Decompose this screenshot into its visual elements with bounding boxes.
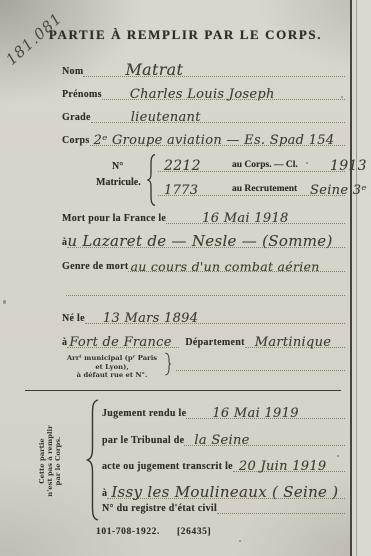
- grade-value: lieutenant: [131, 110, 201, 125]
- closing-brace-icon: [164, 352, 172, 376]
- field-row-corps: Corps 2ᵉ Groupe aviation — Es. Spad 154: [62, 130, 345, 146]
- continuation-line: [66, 279, 345, 296]
- binding-line: [350, 0, 352, 556]
- matricule-corps-label: au Corps. — Cl.: [232, 160, 298, 170]
- matricule-recrutement-label: au Recrutement: [232, 184, 297, 194]
- field-row-nom: Nom Matrat: [62, 61, 345, 77]
- tribunal-label: par le Tribunal de: [102, 435, 184, 446]
- corps-line: 2ᵉ Groupe aviation — Es. Spad 154: [90, 129, 345, 146]
- corps-value: 2ᵉ Groupe aviation — Es. Spad 154: [94, 133, 335, 148]
- field-row-transcrit: acte ou jugement transcrit le 20 Juin 19…: [102, 456, 345, 472]
- jugement-rendu-line: 16 Mai 1919: [186, 402, 345, 419]
- tribunal-line: la Seine: [184, 429, 345, 446]
- form-title: PARTIE À REMPLIR PAR LE CORPS.: [40, 27, 331, 43]
- field-row-genre-mort: Genre de mort au cours d'un combat aérie…: [62, 256, 345, 272]
- section-divider-rule: [25, 390, 341, 391]
- field-row-ne-le: Né le 13 Mars 1894: [62, 308, 345, 324]
- arrondissement-label-line2: à défaut rue et N°.: [62, 371, 162, 380]
- field-row-tribunal: par le Tribunal de la Seine: [102, 430, 345, 446]
- jugement-curly-brace-icon: [86, 398, 100, 522]
- nom-line: Matrat: [83, 60, 345, 77]
- genre-mort-label: Genre de mort: [62, 261, 128, 272]
- ne-line: 13 Mars 1894: [85, 307, 345, 324]
- departement-line: Martinique: [245, 331, 345, 348]
- field-row-birthplace: à Fort de France Département Martinique: [62, 332, 345, 348]
- ne-lieu-line: Fort de France: [67, 331, 179, 348]
- transcrit-value: 20 Juin 1919: [239, 459, 327, 474]
- ne-value: 13 Mars 1894: [103, 311, 198, 326]
- nom-label: Nom: [62, 66, 83, 77]
- grade-line: lieutenant: [91, 106, 345, 123]
- genre-mort-line: au cours d'un combat aérien: [128, 255, 345, 272]
- paper-speck: [239, 540, 241, 542]
- side-note-line3: par le Corps.: [54, 425, 62, 496]
- genre-mort-value: au cours d'un combat aérien: [130, 259, 319, 274]
- scanned-form-page: 181.081 PARTIE À REMPLIR PAR LE CORPS. N…: [0, 0, 371, 556]
- paper-speck: [3, 300, 6, 304]
- field-row-lieu-mort: à u Lazaret de — Nesle — (Somme): [62, 230, 345, 248]
- field-row-jugement-rendu: Jugement rendu le 16 Mai 1919: [102, 403, 345, 419]
- matricule-block: N° Matricule. 2212 au Corps. — Cl. 1913 …: [96, 152, 345, 208]
- matricule-recrutement-place: Seine 3ᵉ Beau: [310, 183, 371, 198]
- registre-line: [217, 497, 345, 514]
- field-row-arrondissement: Arrᵗ municipal (pʳ Paris et Lyon), à déf…: [62, 352, 345, 373]
- footer-code: 101-708-1922.: [96, 527, 160, 537]
- paper-speck: [341, 96, 343, 98]
- paper-speck: [306, 162, 308, 164]
- jugement-rendu-label: Jugement rendu le: [102, 408, 186, 419]
- prenoms-line: Charles Louis Joseph: [102, 83, 345, 100]
- paper-speck: [337, 455, 339, 457]
- curly-brace-icon: [146, 153, 156, 207]
- ne-label: Né le: [62, 313, 85, 324]
- matricule-recrutement-value: 1773: [164, 183, 198, 198]
- field-row-registre: N° du registre d'état civil: [102, 498, 345, 514]
- transcrit-line: 20 Juin 1919: [233, 455, 345, 472]
- registre-label: N° du registre d'état civil: [102, 503, 217, 514]
- side-note-line2: n'est pas à remplir: [46, 425, 54, 496]
- footer-print-code: 101-708-1922. [26435]: [96, 527, 225, 537]
- matricule-corps-row: 2212 au Corps. — Cl. 1913: [158, 155, 345, 172]
- side-note-line1: Cette partie: [38, 425, 46, 496]
- matricule-classe-value: 1913: [330, 158, 367, 174]
- lieu-mort-line: u Lazaret de — Nesle — (Somme): [67, 229, 345, 248]
- arrondissement-label-line1: Arrᵗ municipal (pʳ Paris et Lyon),: [62, 354, 162, 371]
- footer-ref: [26435]: [177, 527, 211, 537]
- departement-label: Département: [185, 337, 244, 348]
- field-row-mort: Mort pour la France le 16 Mai 1918: [62, 208, 345, 224]
- arrondissement-label: Arrᵗ municipal (pʳ Paris et Lyon), à déf…: [62, 354, 162, 380]
- transcrit-label: acte ou jugement transcrit le: [102, 461, 233, 472]
- mort-label: Mort pour la France le: [62, 213, 166, 224]
- ne-lieu-value: Fort de France: [69, 335, 171, 350]
- grade-label: Grade: [62, 112, 91, 123]
- field-row-prenoms: Prénoms Charles Louis Joseph: [62, 84, 345, 100]
- lieu-mort-value: u Lazaret de — Nesle — (Somme): [67, 232, 332, 250]
- side-note-text: Cette partie n'est pas à remplir par le …: [38, 425, 63, 496]
- empty-continuation-line: [66, 280, 345, 296]
- prenoms-value: Charles Louis Joseph: [130, 87, 275, 102]
- corps-label: Corps: [62, 135, 90, 146]
- field-row-grade: Grade lieutenant: [62, 107, 345, 123]
- matricule-no-label: N°: [112, 161, 123, 172]
- prenoms-label: Prénoms: [62, 89, 102, 100]
- jugement-rendu-value: 16 Mai 1919: [212, 406, 298, 421]
- matricule-recrutement-row: 1773 au Recrutement Seine 3ᵉ Beau: [158, 179, 345, 196]
- tribunal-value: la Seine: [194, 433, 249, 448]
- mort-line: 16 Mai 1918: [166, 207, 345, 224]
- matricule-label: Matricule.: [96, 177, 141, 188]
- matricule-corps-value: 2212: [164, 158, 201, 174]
- page-binding-strip: [352, 0, 371, 556]
- arrondissement-line: [176, 358, 345, 371]
- binding-line-secondary: [356, 0, 357, 556]
- nom-value: Matrat: [125, 60, 183, 79]
- mort-value: 16 Mai 1918: [202, 211, 288, 226]
- departement-value: Martinique: [255, 335, 332, 350]
